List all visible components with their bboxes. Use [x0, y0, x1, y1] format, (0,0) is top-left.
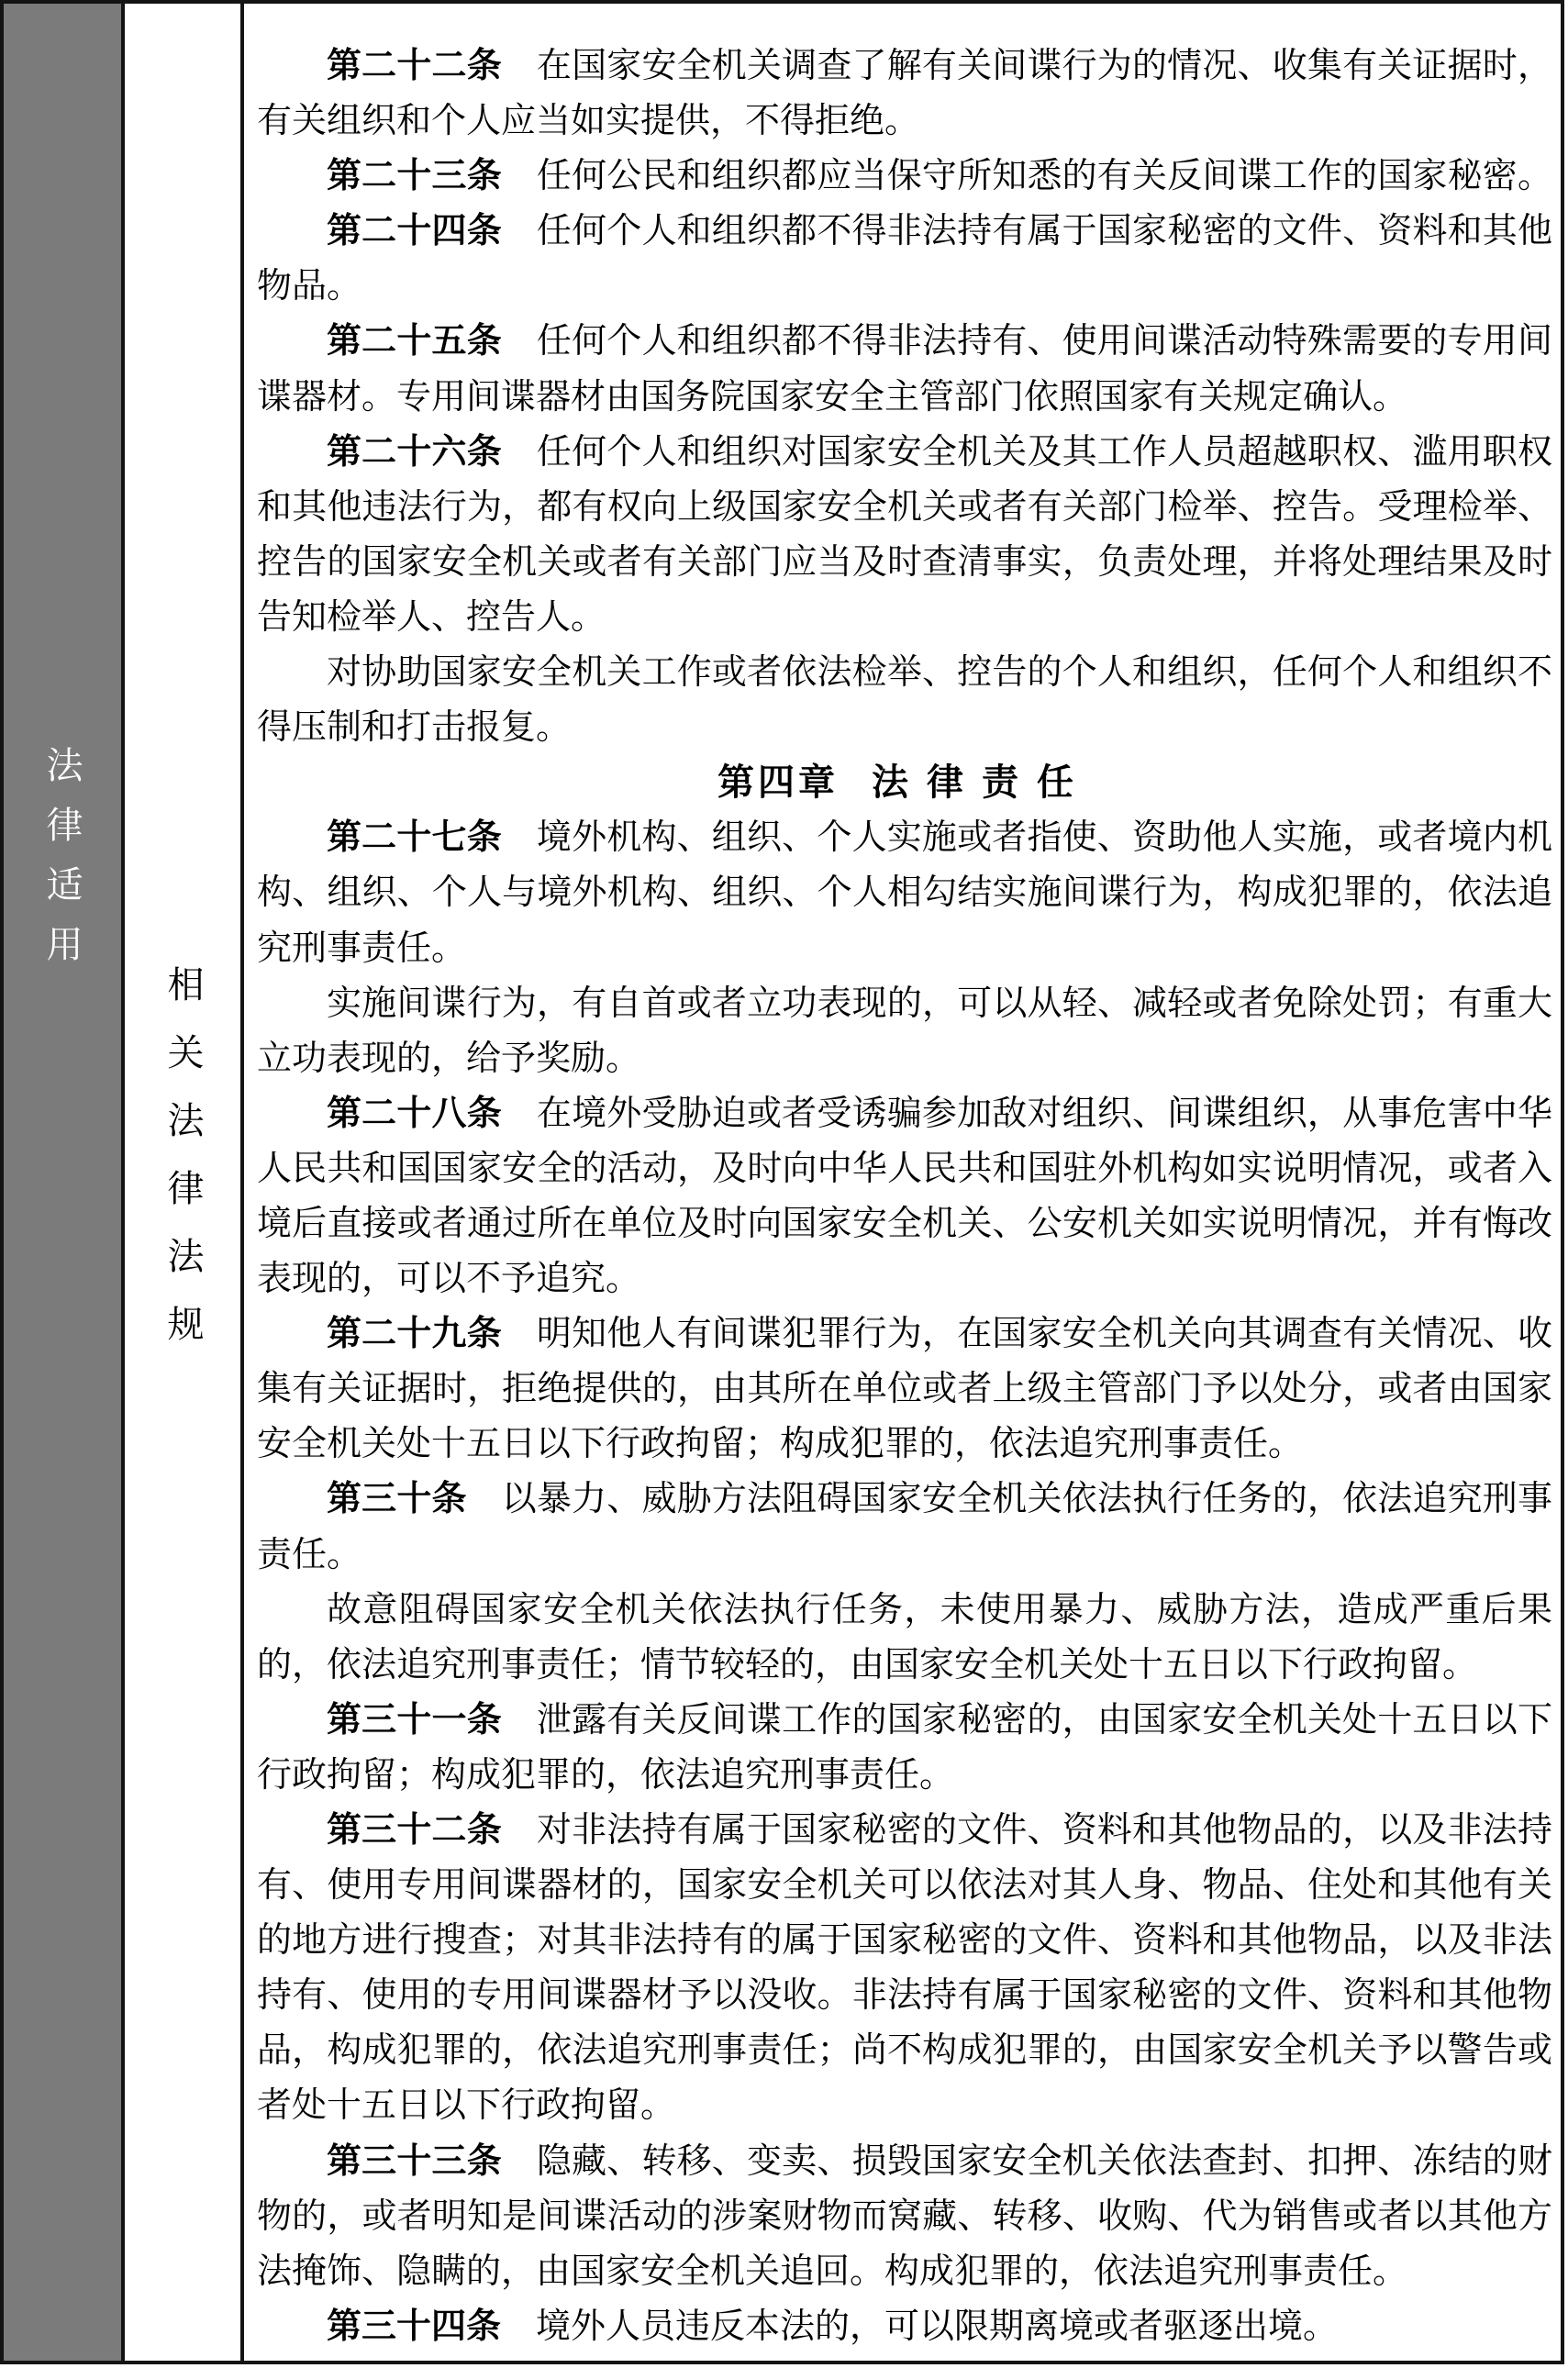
article-number: 第三十四条 — [327, 2307, 501, 2346]
text-line: 第三十条以暴力、威胁方法阻碍国家安全机关依法执行任务的，依法追究刑事 — [257, 1472, 1552, 1527]
text-line: 第二十九条明知他人有间谍犯罪行为，在国家安全机关向其调查有关情况、收 — [257, 1306, 1552, 1362]
text-line: 和其他违法行为，都有权向上级国家安全机关或者有关部门检举、控告。受理检举、 — [257, 480, 1552, 535]
text-line: 谍器材。专用间谍器材由国务院国家安全主管部门依照国家有关规定确认。 — [257, 370, 1552, 425]
line-text: 物品。 — [257, 267, 361, 306]
text-line: 实施间谍行为，有自首或者立功表现的，可以从轻、减轻或者免除处罚；有重大 — [257, 976, 1552, 1031]
line-text: 表现的，可以不予追究。 — [257, 1260, 640, 1298]
line-text: 境外机构、组织、个人实施或者指使、资助他人实施，或者境内机 — [537, 818, 1552, 857]
line-text: 境后直接或者通过所在单位及时向国家安全机关、公安机关如实说明情况，并有悔改 — [257, 1205, 1552, 1243]
text-line: 表现的，可以不予追究。 — [257, 1251, 1552, 1306]
text-line: 告知检举人、控告人。 — [257, 590, 1552, 645]
line-text: 故意阻碍国家安全机关依法执行任务，未使用暴力、威胁方法，造成严重后果 — [327, 1591, 1552, 1629]
chapter-title: 法律责任 — [872, 762, 1092, 803]
line-text: 任何公民和组织都应当保守所知悉的有关反间谍工作的国家秘密。 — [537, 157, 1552, 195]
text-line: 第二十七条境外机构、组织、个人实施或者指使、资助他人实施，或者境内机 — [257, 810, 1552, 865]
article-number: 第三十二条 — [327, 1811, 502, 1850]
column-divider-left — [121, 4, 125, 2361]
line-text: 立功表现的，给予奖励。 — [257, 1039, 640, 1078]
line-text: 境外人员违反本法的，可以限期离境或者驱逐出境。 — [536, 2307, 1338, 2346]
text-line: 第三十四条境外人员违反本法的，可以限期离境或者驱逐出境。 — [257, 2299, 1552, 2354]
text-line: 对协助国家安全机关工作或者依法检举、控告的个人和组织，任何个人和组织不 — [257, 645, 1552, 700]
article-number: 第二十二条 — [327, 47, 502, 85]
text-line: 的，依法追究刑事责任；情节较轻的，由国家安全机关处十五日以下行政拘留。 — [257, 1638, 1552, 1693]
chapter-number: 第四章 — [717, 762, 839, 803]
article-number: 第二十三条 — [327, 157, 502, 195]
article-number: 第二十四条 — [327, 212, 502, 250]
article-number: 第三十一条 — [327, 1701, 502, 1740]
text-line: 第三十一条泄露有关反间谍工作的国家秘密的，由国家安全机关处十五日以下 — [257, 1693, 1552, 1748]
line-text: 对协助国家安全机关工作或者依法检举、控告的个人和组织，任何个人和组织不 — [327, 653, 1552, 692]
line-text: 集有关证据时，拒绝提供的，由其所在单位或者上级主管部门予以处分，或者由国家 — [257, 1370, 1552, 1408]
text-line: 持有、使用的专用间谍器材予以没收。非法持有属于国家秘密的文件、资料和其他物 — [257, 1968, 1552, 2023]
line-text: 法掩饰、隐瞒的，由国家安全机关追回。构成犯罪的，依法追究刑事责任。 — [257, 2252, 1407, 2291]
text-line: 境后直接或者通过所在单位及时向国家安全机关、公安机关如实说明情况，并有悔改 — [257, 1196, 1552, 1251]
text-line: 有关组织和个人应当如实提供，不得拒绝。 — [257, 94, 1552, 149]
line-text: 和其他违法行为，都有权向上级国家安全机关或者有关部门检举、控告。受理检举、 — [257, 488, 1552, 527]
text-line: 第二十六条任何个人和组织对国家安全机关及其工作人员超越职权、滥用职权 — [257, 425, 1552, 480]
article-number: 第二十九条 — [327, 1315, 502, 1353]
content-column: 第二十二条在国家安全机关调查了解有关间谍行为的情况、收集有关证据时，有关组织和个… — [244, 4, 1562, 2361]
line-text: 以暴力、威胁方法阻碍国家安全机关依法执行任务的，依法追究刑事 — [502, 1480, 1552, 1518]
text-line: 第三十三条隐藏、转移、变卖、损毁国家安全机关依法查封、扣押、冻结的财 — [257, 2134, 1552, 2189]
line-text: 的，依法追究刑事责任；情节较轻的，由国家安全机关处十五日以下行政拘留。 — [257, 1646, 1477, 1684]
line-text: 人民共和国国家安全的活动，及时向中华人民共和国驻外机构如实说明情况，或者入 — [257, 1150, 1552, 1188]
article-number: 第二十七条 — [327, 818, 502, 857]
text-line: 构、组织、个人与境外机构、组织、个人相勾结实施间谍行为，构成犯罪的，依法追 — [257, 865, 1552, 920]
text-line: 第二十八条在境外受胁迫或者受诱骗参加敌对组织、间谍组织，从事危害中华 — [257, 1086, 1552, 1141]
line-text: 控告的国家安全机关或者有关部门应当及时查清事实，负责处理，并将处理结果及时 — [257, 543, 1552, 582]
line-text: 对非法持有属于国家秘密的文件、资料和其他物品的，以及非法持 — [537, 1811, 1552, 1850]
line-text: 品，构成犯罪的，依法追究刑事责任；尚不构成犯罪的，由国家安全机关予以警告或 — [257, 2031, 1552, 2070]
text-line: 究刑事责任。 — [257, 921, 1552, 976]
line-text: 告知检举人、控告人。 — [257, 598, 606, 637]
text-line: 物品。 — [257, 259, 1552, 314]
text-line: 第三十二条对非法持有属于国家秘密的文件、资料和其他物品的，以及非法持 — [257, 1803, 1552, 1858]
sidebar — [4, 4, 121, 2361]
line-text: 任何个人和组织对国家安全机关及其工作人员超越职权、滥用职权 — [537, 433, 1552, 472]
text-line: 第二十二条在国家安全机关调查了解有关间谍行为的情况、收集有关证据时， — [257, 39, 1552, 94]
line-text: 得压制和打击报复。 — [257, 708, 571, 747]
text-line: 的地方进行搜查；对其非法持有的属于国家秘密的文件、资料和其他物品，以及非法 — [257, 1913, 1552, 1968]
text-line: 责任。 — [257, 1528, 1552, 1583]
line-text: 物的，或者明知是间谍活动的涉案财物而窝藏、转移、收购、代为销售或者以其他方 — [257, 2197, 1552, 2236]
line-text: 明知他人有间谍犯罪行为，在国家安全机关向其调查有关情况、收 — [537, 1315, 1552, 1353]
line-text: 行政拘留；构成犯罪的，依法追究刑事责任。 — [257, 1756, 954, 1795]
line-text: 泄露有关反间谍工作的国家秘密的，由国家安全机关处十五日以下 — [537, 1701, 1552, 1740]
line-text: 的地方进行搜查；对其非法持有的属于国家秘密的文件、资料和其他物品，以及非法 — [257, 1921, 1552, 1960]
article-number: 第二十五条 — [327, 322, 502, 361]
text-line: 第二十五条任何个人和组织都不得非法持有、使用间谍活动特殊需要的专用间 — [257, 314, 1552, 369]
line-text: 任何个人和组织都不得非法持有、使用间谍活动特殊需要的专用间 — [537, 322, 1552, 361]
text-line: 得压制和打击报复。 — [257, 700, 1552, 755]
line-text: 有、使用专用间谍器材的，国家安全机关可以依法对其人身、物品、住处和其他有关 — [257, 1866, 1552, 1905]
line-text: 责任。 — [257, 1536, 361, 1574]
text-line: 集有关证据时，拒绝提供的，由其所在单位或者上级主管部门予以处分，或者由国家 — [257, 1362, 1552, 1417]
line-text: 究刑事责任。 — [257, 929, 466, 968]
text-line: 行政拘留；构成犯罪的，依法追究刑事责任。 — [257, 1748, 1552, 1803]
line-text: 构、组织、个人与境外机构、组织、个人相勾结实施间谍行为，构成犯罪的，依法追 — [257, 873, 1552, 912]
line-text: 在国家安全机关调查了解有关间谍行为的情况、收集有关证据时， — [537, 47, 1552, 85]
text-line: 品，构成犯罪的，依法追究刑事责任；尚不构成犯罪的，由国家安全机关予以警告或 — [257, 2023, 1552, 2078]
article-number: 第二十八条 — [327, 1095, 502, 1133]
text-line: 人民共和国国家安全的活动，及时向中华人民共和国驻外机构如实说明情况，或者入 — [257, 1141, 1552, 1196]
line-text: 实施间谍行为，有自首或者立功表现的，可以从轻、减轻或者免除处罚；有重大 — [327, 984, 1552, 1023]
text-line: 控告的国家安全机关或者有关部门应当及时查清事实，负责处理，并将处理结果及时 — [257, 535, 1552, 590]
line-text: 者处十五日以下行政拘留。 — [257, 2086, 675, 2125]
article-number: 第三十三条 — [327, 2142, 502, 2181]
text-line: 者处十五日以下行政拘留。 — [257, 2078, 1552, 2133]
text-line: 物的，或者明知是间谍活动的涉案财物而窝藏、转移、收购、代为销售或者以其他方 — [257, 2189, 1552, 2244]
line-text: 隐藏、转移、变卖、损毁国家安全机关依法查封、扣押、冻结的财 — [537, 2142, 1552, 2181]
article-number: 第三十条 — [327, 1480, 467, 1518]
line-text: 谍器材。专用间谍器材由国务院国家安全主管部门依照国家有关规定确认。 — [257, 378, 1407, 417]
line-text: 持有、使用的专用间谍器材予以没收。非法持有属于国家秘密的文件、资料和其他物 — [257, 1976, 1552, 2015]
text-line: 第二十三条任何公民和组织都应当保守所知悉的有关反间谍工作的国家秘密。 — [257, 149, 1552, 204]
line-text: 在境外受胁迫或者受诱骗参加敌对组织、间谍组织，从事危害中华 — [537, 1095, 1552, 1133]
text-line: 立功表现的，给予奖励。 — [257, 1031, 1552, 1086]
text-line: 第二十四条任何个人和组织都不得非法持有属于国家秘密的文件、资料和其他 — [257, 204, 1552, 259]
article-number: 第二十六条 — [327, 433, 502, 472]
chapter-heading: 第四章法律责任 — [257, 755, 1552, 810]
text-line: 安全机关处十五日以下行政拘留；构成犯罪的，依法追究刑事责任。 — [257, 1417, 1552, 1472]
book-page: 法律适用 相关法律法规 第二十二条在国家安全机关调查了解有关间谍行为的情况、收集… — [0, 0, 1568, 2368]
category-column-label: 相关法律法规 — [164, 965, 201, 1373]
text-line: 有、使用专用间谍器材的，国家安全机关可以依法对其人身、物品、住处和其他有关 — [257, 1858, 1552, 1913]
line-text: 有关组织和个人应当如实提供，不得拒绝。 — [257, 102, 919, 140]
sidebar-tab-label: 法律适用 — [43, 746, 80, 984]
text-line: 故意阻碍国家安全机关依法执行任务，未使用暴力、威胁方法，造成严重后果 — [257, 1583, 1552, 1638]
line-text: 安全机关处十五日以下行政拘留；构成犯罪的，依法追究刑事责任。 — [257, 1425, 1303, 1463]
text-line: 法掩饰、隐瞒的，由国家安全机关追回。构成犯罪的，依法追究刑事责任。 — [257, 2244, 1552, 2299]
line-text: 任何个人和组织都不得非法持有属于国家秘密的文件、资料和其他 — [537, 212, 1552, 250]
